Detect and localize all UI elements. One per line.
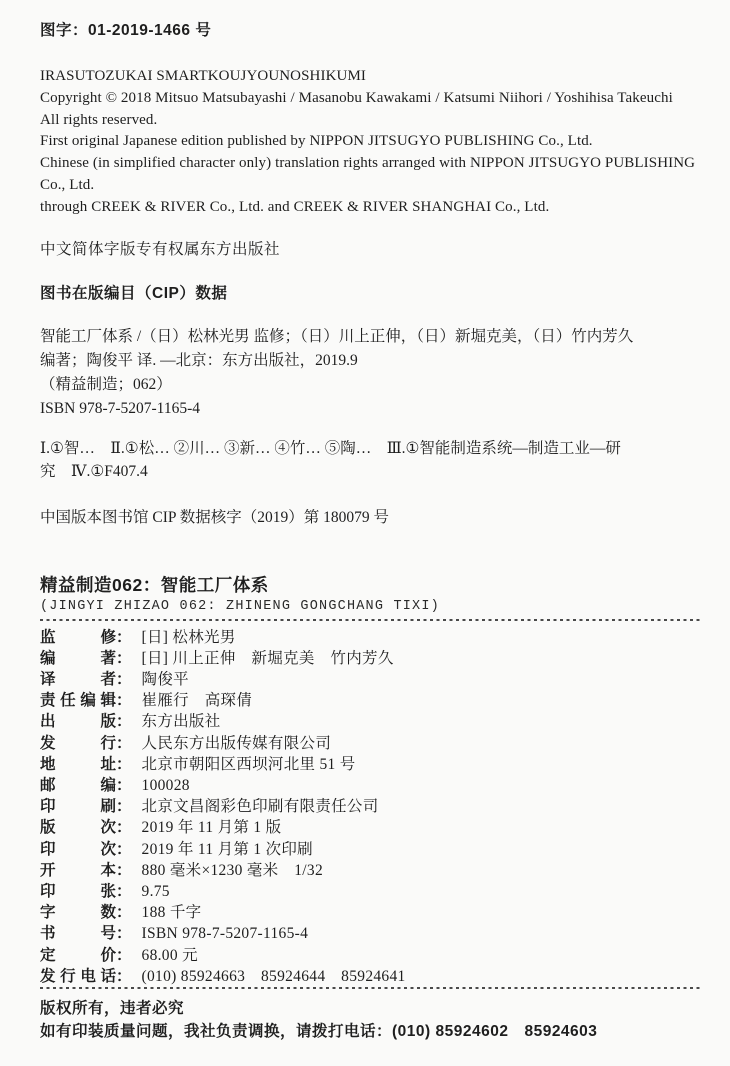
colophon-row-label: 书号 [40, 923, 116, 944]
colophon-row-colon: ： [116, 904, 132, 921]
copyright-notice: 版权所有，违者必究 [40, 998, 700, 1020]
colophon-row: 地址：北京市朝阳区西坝河北里 51 号 [40, 754, 700, 775]
series-title: 精益制造062：智能工厂体系 [40, 573, 700, 597]
colophon-row-value: 2019 年 11 月第 1 次印刷 [142, 841, 313, 858]
colophon-row-label: 邮编 [40, 775, 116, 796]
colophon-row: 译者：陶俊平 [40, 669, 700, 690]
book-copyright-page: 图字：01-2019-1466 号 IRASUTOZUKAI SMARTKOUJ… [0, 0, 730, 1066]
colophon-row-colon: ： [116, 968, 132, 985]
colophon-row-label: 发行电话 [40, 966, 116, 987]
colophon-row-colon: ： [116, 777, 132, 794]
colophon-row-colon: ： [116, 883, 132, 900]
colophon-row: 监修：[日] 松林光男 [40, 627, 700, 648]
colophon-row-colon: ： [116, 692, 132, 709]
colophon-row-value: 880 毫米×1230 毫米 1/32 [142, 862, 324, 879]
colophon-row-label: 字数 [40, 902, 116, 923]
colophon-row-colon: ： [116, 713, 132, 730]
colophon-row-colon: ： [116, 798, 132, 815]
english-copyright-block: IRASUTOZUKAI SMARTKOUJYOUNOSHIKUMI Copyr… [40, 66, 700, 219]
registration-number-line: 图字：01-2019-1466 号 [40, 20, 700, 42]
colophon-row-label: 编著 [40, 648, 116, 669]
colophon-row-label: 版次 [40, 817, 116, 838]
colophon-row-colon: ： [116, 947, 132, 964]
quality-exchange-notice: 如有印装质量问题，我社负责调换，请拨打电话：(010) 85924602 859… [40, 1020, 700, 1043]
colophon-row-value: [日] 松林光男 [142, 629, 236, 646]
colophon-row-label: 开本 [40, 860, 116, 881]
colophon-row: 定价：68.00 元 [40, 945, 700, 966]
english-copyright-line: Copyright © 2018 Mitsuo Matsubayashi / M… [40, 88, 700, 110]
colophon-row-colon: ： [116, 629, 132, 646]
colophon-row: 责任编辑：崔雁行 高琛倩 [40, 690, 700, 711]
colophon-row-colon: ： [116, 671, 132, 688]
colophon-row-label: 发行 [40, 733, 116, 754]
cip-record-block: 智能工厂体系 /（日）松林光男 监修；（日）川上正伸，（日）新堀克美，（日）竹内… [40, 325, 700, 421]
cip-record-line: ISBN 978-7-5207-1165-4 [40, 397, 700, 421]
colophon-row-value: [日] 川上正伸 新堀克美 竹内芳久 [142, 650, 394, 667]
english-copyright-line: Co., Ltd. [40, 175, 700, 197]
colophon-row: 发行：人民东方出版传媒有限公司 [40, 733, 700, 754]
dotted-divider-bottom [40, 987, 700, 989]
english-copyright-line: through CREEK & RIVER Co., Ltd. and CREE… [40, 197, 700, 219]
colophon-row: 书号：ISBN 978-7-5207-1165-4 [40, 923, 700, 944]
cip-heading: 图书在版编目（CIP）数据 [40, 283, 700, 305]
colophon-row-label: 印张 [40, 881, 116, 902]
dotted-divider-top [40, 619, 700, 621]
colophon-row-value: ISBN 978-7-5207-1165-4 [142, 925, 309, 942]
colophon-row-colon: ： [116, 862, 132, 879]
colophon-row-value: 陶俊平 [142, 671, 189, 688]
colophon-rows: 监修：[日] 松林光男 编著：[日] 川上正伸 新堀克美 竹内芳久 译者：陶俊平… [40, 627, 700, 987]
colophon-row-label: 译者 [40, 669, 116, 690]
colophon-row-label: 印次 [40, 839, 116, 860]
cip-classification-line: 究 Ⅳ.①F407.4 [40, 460, 700, 483]
colophon-row: 印刷：北京文昌阁彩色印刷有限责任公司 [40, 796, 700, 817]
colophon-row: 编著：[日] 川上正伸 新堀克美 竹内芳久 [40, 648, 700, 669]
colophon-row-colon: ： [116, 735, 132, 752]
colophon-row: 开本：880 毫米×1230 毫米 1/32 [40, 860, 700, 881]
colophon-row-colon: ： [116, 841, 132, 858]
colophon-row-value: 北京市朝阳区西坝河北里 51 号 [142, 756, 356, 773]
colophon-row: 版次：2019 年 11 月第 1 版 [40, 817, 700, 838]
cip-verification-line: 中国版本图书馆 CIP 数据核字（2019）第 180079 号 [40, 507, 700, 529]
colophon-row-label: 监修 [40, 627, 116, 648]
colophon-row: 印次：2019 年 11 月第 1 次印刷 [40, 839, 700, 860]
english-copyright-line: All rights reserved. [40, 110, 700, 132]
colophon-row-colon: ： [116, 925, 132, 942]
colophon-row-value: 100028 [142, 777, 190, 794]
cip-record-line: （精益制造；062） [40, 373, 700, 397]
series-title-pinyin: (JINGYI ZHIZAO 062: ZHINENG GONGCHANG TI… [40, 597, 700, 616]
colophon-row: 发行电话：(010) 85924663 85924644 85924641 [40, 966, 700, 987]
english-copyright-line: IRASUTOZUKAI SMARTKOUJYOUNOSHIKUMI [40, 66, 700, 88]
colophon-row-value: 崔雁行 高琛倩 [142, 692, 253, 709]
colophon-row-value: 2019 年 11 月第 1 版 [142, 819, 282, 836]
colophon-row-label: 印刷 [40, 796, 116, 817]
english-copyright-line: Chinese (in simplified character only) t… [40, 153, 700, 175]
colophon-row-value: 188 千字 [142, 904, 202, 921]
english-copyright-line: First original Japanese edition publishe… [40, 131, 700, 153]
colophon-row: 邮编：100028 [40, 775, 700, 796]
colophon-row-colon: ： [116, 650, 132, 667]
colophon-row-value: 9.75 [142, 883, 170, 900]
cip-record-line: 编著；陶俊平 译. —北京：东方出版社，2019.9 [40, 349, 700, 373]
colophon-row-value: 人民东方出版传媒有限公司 [142, 735, 332, 752]
colophon-row-colon: ： [116, 756, 132, 773]
cip-classification-block: Ⅰ.①智… Ⅱ.①松… ②川… ③新… ④竹… ⑤陶… Ⅲ.①智能制造系统—制造… [40, 437, 700, 483]
colophon-row-label: 出版 [40, 711, 116, 732]
cip-record-line: 智能工厂体系 /（日）松林光男 监修；（日）川上正伸，（日）新堀克美，（日）竹内… [40, 325, 700, 349]
colophon-row-label: 地址 [40, 754, 116, 775]
colophon-row: 字数：188 千字 [40, 902, 700, 923]
colophon-row: 出版：东方出版社 [40, 711, 700, 732]
colophon-row-colon: ： [116, 819, 132, 836]
colophon-row-value: 北京文昌阁彩色印刷有限责任公司 [142, 798, 379, 815]
colophon-row-value: 68.00 元 [142, 947, 198, 964]
cip-classification-line: Ⅰ.①智… Ⅱ.①松… ②川… ③新… ④竹… ⑤陶… Ⅲ.①智能制造系统—制造… [40, 437, 700, 460]
colophon-row-label: 定价 [40, 945, 116, 966]
colophon-row-label: 责任编辑 [40, 690, 116, 711]
colophon-row-value: 东方出版社 [142, 713, 221, 730]
colophon-row-value: (010) 85924663 85924644 85924641 [142, 968, 406, 985]
simplified-chinese-rights-statement: 中文简体字版专有权属东方出版社 [40, 239, 700, 261]
colophon-row: 印张：9.75 [40, 881, 700, 902]
